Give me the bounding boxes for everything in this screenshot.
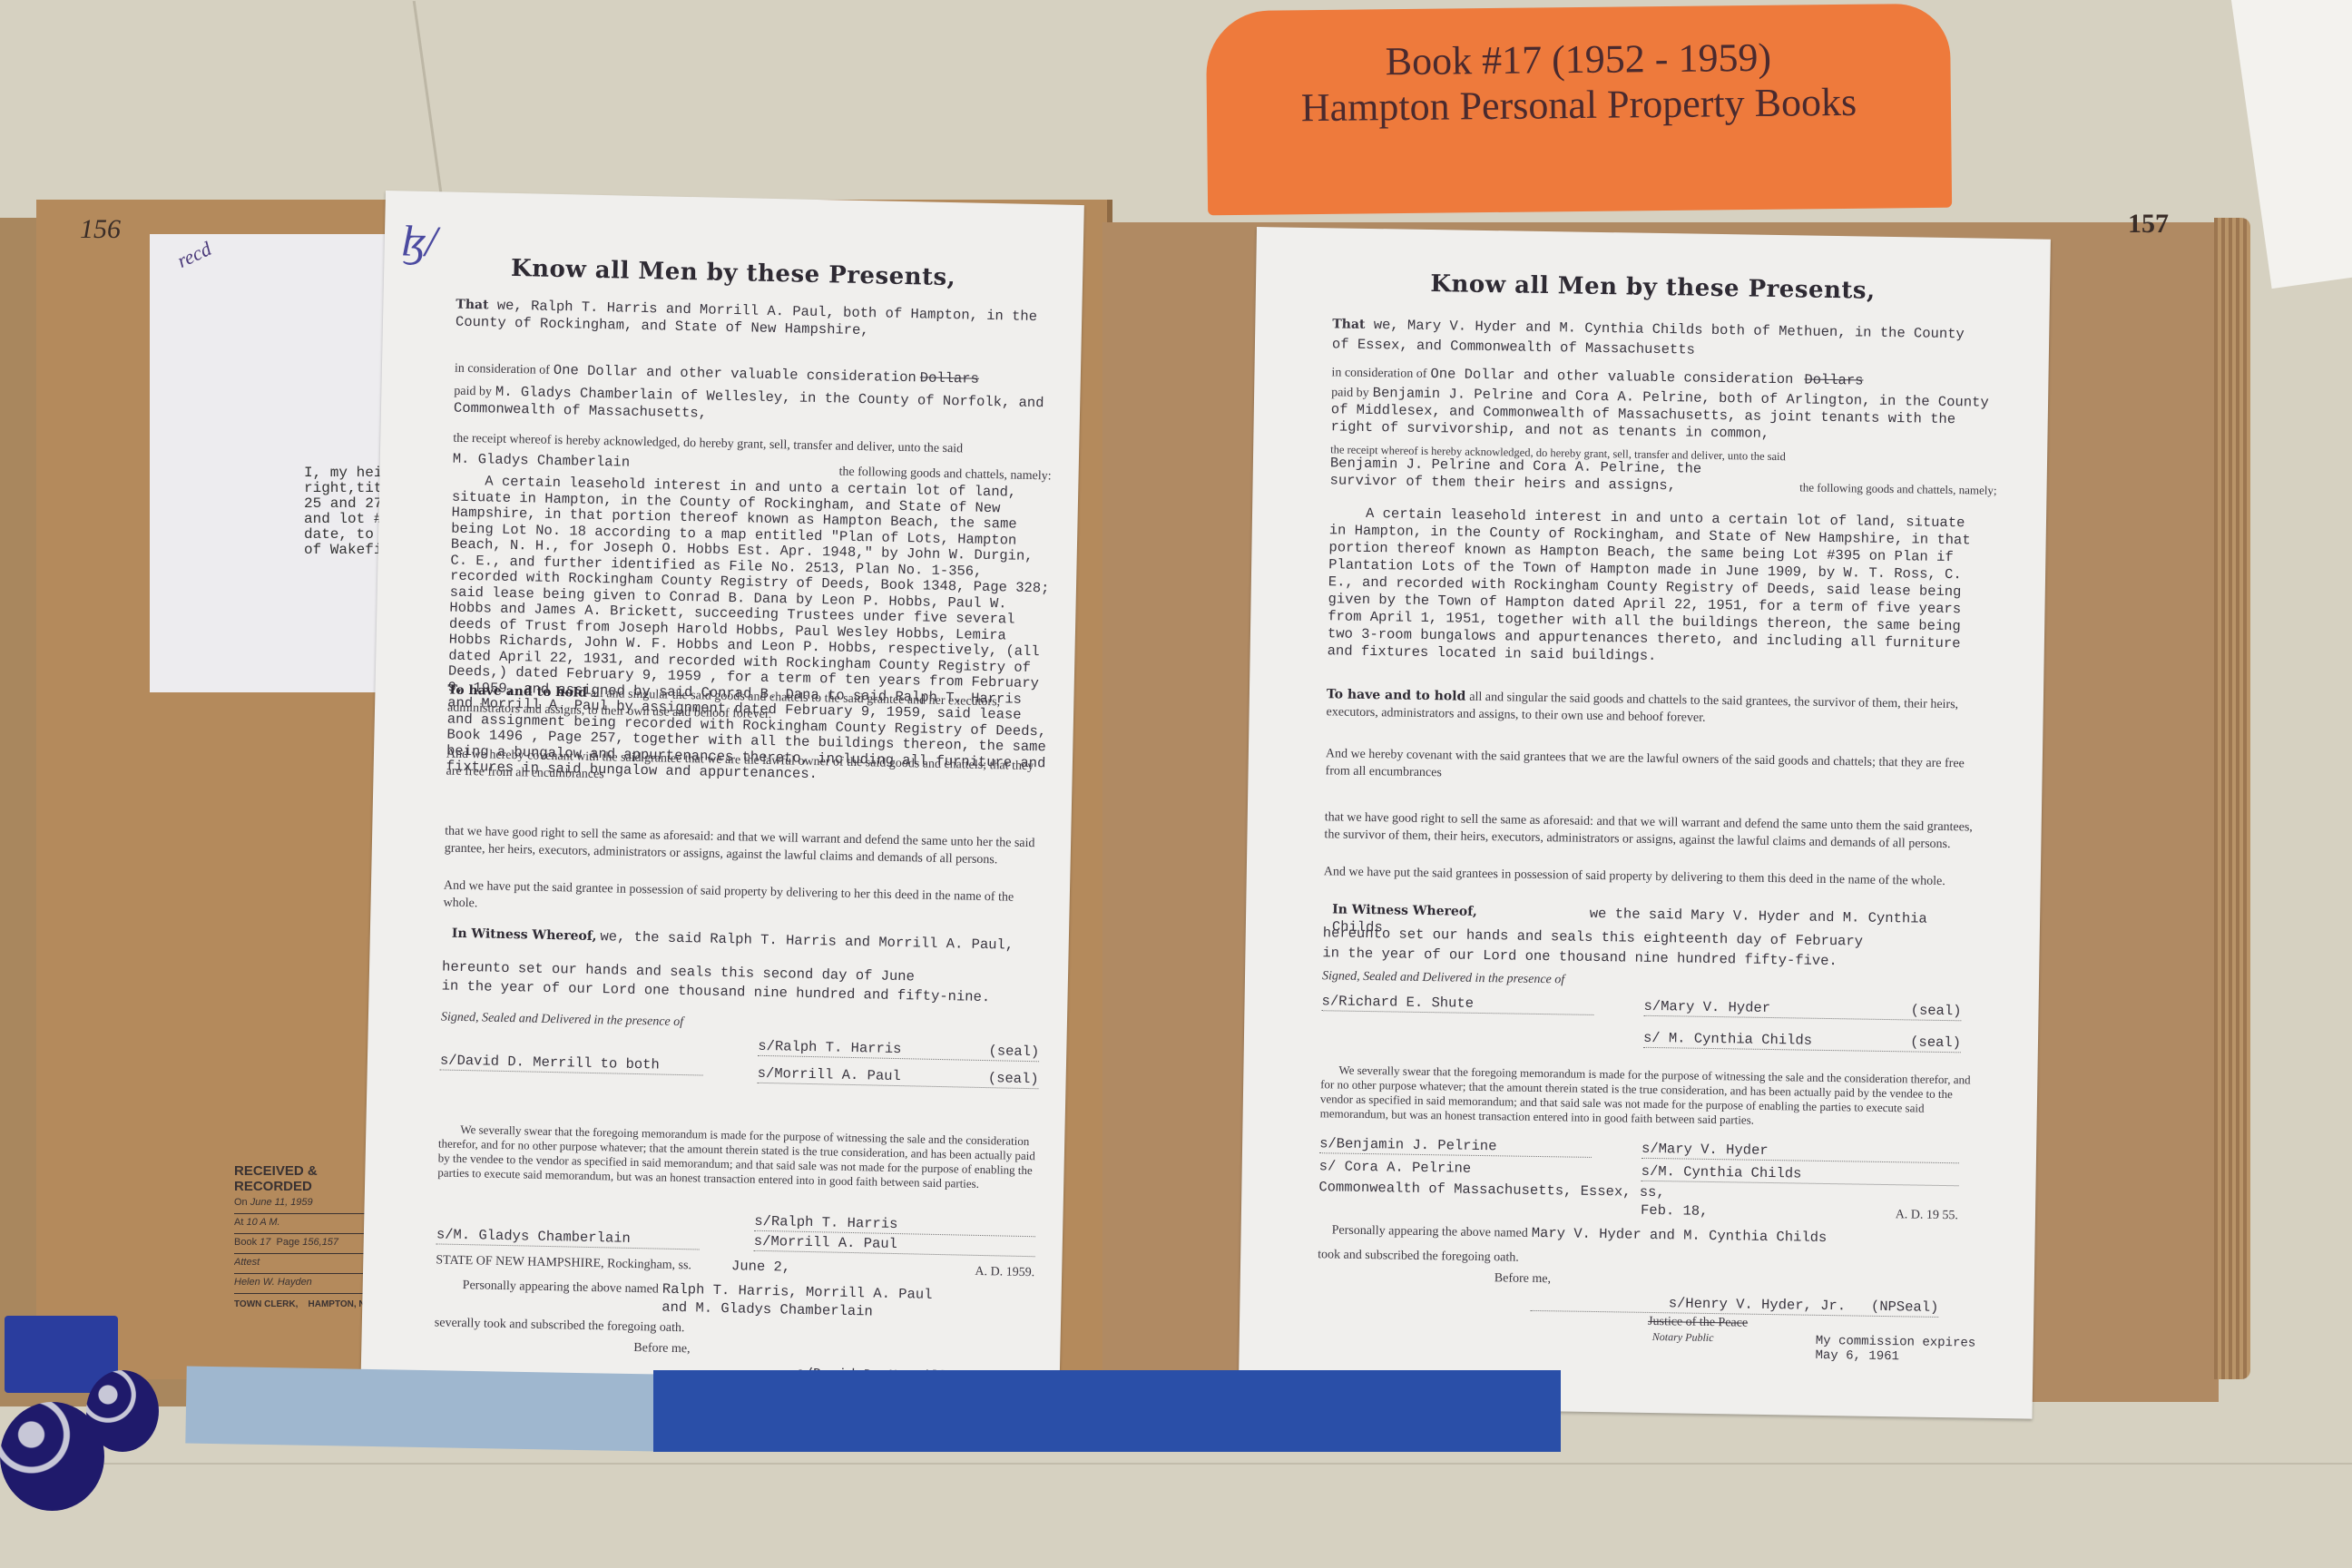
oath-grantee-signature-1: s/Benjamin J. Pelrine [1319,1135,1592,1158]
oath-paragraph: We severally swear that the foregoing me… [1320,1063,1975,1131]
property-description: A certain leasehold interest in and unto… [1328,505,1984,670]
subscribed-oath: took and subscribed the foregoing oath. [1318,1246,1971,1273]
grantor-signature-1: s/Ralph T. Harris (seal) [758,1038,1039,1062]
grantee: M. Gladys Chamberlain [453,451,725,474]
paid-by: paid by M. Gladys Chamberlain of Wellesl… [454,383,1053,430]
covenant: And we hereby covenant with the said gra… [1325,745,1979,789]
deed-document-right: Know all Men by these Presents, That we,… [1239,227,2051,1419]
possession: And we have put the said grantees in pos… [1324,863,1977,890]
commission-expiry: My commission expires May 6, 1961 [1815,1334,1996,1366]
signed-in-presence: Signed, Sealed and Delivered in the pres… [441,1008,1040,1038]
personally-appearing: Personally appearing the above named Mar… [1331,1221,1984,1249]
grantor-signature-2: s/ M. Cynthia Childs (seal) [1643,1030,1961,1053]
oath-grantee-signature-2: s/ Cora A. Pelrine [1319,1158,1592,1180]
page-edges [2214,218,2250,1379]
table-seam [0,1463,2352,1465]
oath-grantee-signature: s/M. Gladys Chamberlain [436,1226,700,1249]
grantor-signature-1: s/Mary V. Hyder (seal) [1643,998,1961,1021]
grantors: That we, Mary V. Hyder and M. Cynthia Ch… [1332,314,1986,364]
oath-signature-1: s/Mary V. Hyder [1641,1141,1959,1163]
oath-paragraph: We severally swear that the foregoing me… [437,1122,1037,1192]
witness-signature: s/David D. Merrill to both [440,1052,703,1075]
notary-title: Notary Public [1652,1328,1834,1348]
oath-signature-2: s/Morrill A. Paul [754,1233,1035,1257]
handwritten-note: recd [173,237,215,273]
deed-title: Know all Men by these Presents, [1256,268,2050,308]
blue-paper [185,1366,658,1451]
venue: STATE OF NEW HAMPSHIRE, Rockingham, ss. … [436,1251,1034,1281]
book-label-title: Hampton Personal Property Books [1207,78,1951,132]
deed-title: Know all Men by these Presents, [384,252,1083,294]
before-me: Before me, [1494,1269,1676,1289]
book-label-tab: Book #17 (1952 - 1959) Hampton Personal … [1206,4,1952,216]
deed-document-left: ɮ/ Know all Men by these Presents, That … [360,191,1084,1421]
habendum: To have and to hold all and singular the… [1326,686,1980,730]
grantors: That we, Ralph T. Harris and Morrill A. … [456,297,1055,344]
right-page-number: 157 [2128,209,2169,240]
grantor-signature-2: s/Morrill A. Paul (seal) [757,1065,1038,1089]
witness-signature: s/Richard E. Shute [1321,993,1593,1015]
possession: And we have put the said grantee in poss… [443,877,1043,925]
warrant: that we have good right to sell the same… [1324,808,1978,853]
left-page-number: 156 [80,214,121,245]
warrant: that we have good right to sell the same… [445,823,1044,870]
blue-book-underneath [653,1370,1561,1452]
property-description: A certain leasehold interest in and unto… [446,474,1056,788]
before-me: Before me, [633,1339,815,1360]
paid-by: paid by Benjamin J. Pelrine and Cora A. … [1330,384,1994,446]
in-witness: In Witness Whereof, we, the said Ralph T… [452,926,1051,955]
oath-signature-2: s/M. Cynthia Childs [1641,1163,1959,1186]
signed-in-presence: Signed, Sealed and Delivered in the pres… [1322,967,1975,995]
decorative-clip-disc [0,1402,104,1511]
venue-date: Feb. 18, A. D. 19 55. [1641,1202,1958,1224]
